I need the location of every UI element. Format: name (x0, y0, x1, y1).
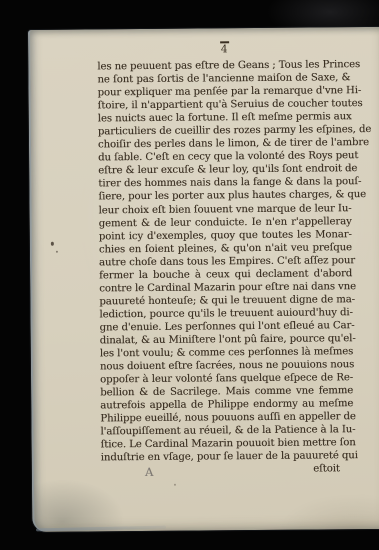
text-lines: les ne peuuent pas eſtre de Geans ; Tous… (97, 58, 354, 465)
folio-number-block: 4 (215, 41, 233, 55)
folio-number: 4 (221, 43, 228, 55)
foxing-speck (174, 484, 176, 486)
text-block: les ne peuuent pas eſtre de Geans ; Tous… (97, 58, 354, 478)
foxing-speck (56, 251, 58, 253)
signature-mark-ghost: A (145, 466, 157, 479)
foxing-speck (348, 167, 351, 169)
catchword-row: A eſtoit (101, 463, 354, 478)
book-page: 4 les ne peuuent pas eſtre de Geans ; To… (28, 27, 379, 532)
scan-background: 4 les ne peuuent pas eſtre de Geans ; To… (0, 0, 379, 550)
catchword: eſtoit (313, 463, 340, 476)
foxing-speck (51, 242, 54, 246)
